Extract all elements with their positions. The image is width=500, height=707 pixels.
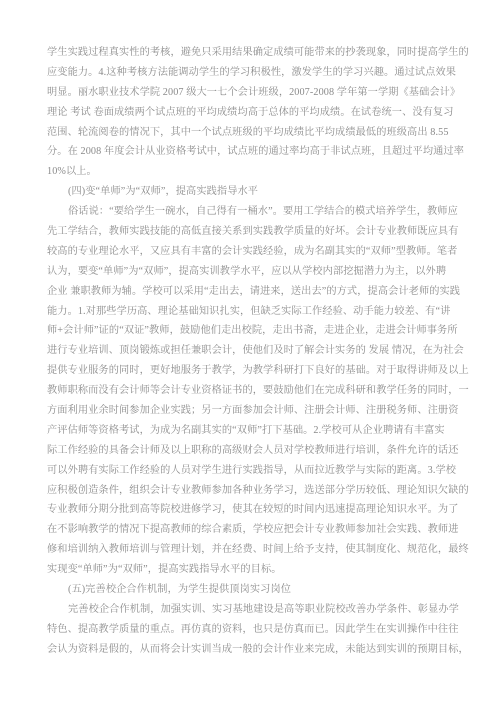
text-line: 在不影响教学的情况下提高教师的综合素质，学校应把会计专业教师参加社会实践、教师进 [47,520,459,540]
text-line: 范围、轮流阅卷的情况下，其中一个试点班级的平均成绩比平均成绩最低的班级高出 8.… [47,123,459,143]
text-line: 专业教师分期分批到高等院校进修学习，使其在较短的时间内迅速提高理论知识水平。为了 [47,500,459,520]
text-line: 较高的专业理论水平，又应具有丰富的会计实践经验，成为名副其实的“双师”型教师。笔… [47,242,459,262]
document-page: 学生实践过程真实性的考核，避免只采用结果确定成绩可能带来的抄袭现象，同时提高学生… [0,0,500,707]
text-line: 师+会计师”证的“双证”教师，鼓励他们走出校院，走出书斋，走进企业，走进会计师事… [47,321,459,341]
text-line: 明显。丽水职业技术学院 2007 级大一七个会计班级，2007-2008 学年第… [47,83,459,103]
document-text-block: 学生实践过程真实性的考核，避免只采用结果确定成绩可能带来的抄袭现象，同时提高学生… [47,43,459,660]
text-line: 能力。1.对那些学历高、理论基础知识扎实，但缺乏实际工作经验、动手能力较差、有“… [47,302,459,322]
text-line: (五)完善校企合作机制，为学生提供顶岗实习岗位 [47,580,459,600]
text-line: 完善校企合作机制，加强实训、实习基地建设是高等职业院校改善办学条件、彰显办学 [47,600,459,620]
text-line: 应变能力。4.这种考核方法能调动学生的学习积极性，激发学生的学习兴趣。通过试点效… [47,63,459,83]
text-line: 先工学结合，教师实践技能的高低直接关系到实践教学质量的好坏。会计专业教师既应具有 [47,222,459,242]
text-line: 修和培训纳入教师培训与管理计划，并在经费、时间上给予支持，使其制度化、规范化，最… [47,540,459,560]
text-line: 俗话说：“要给学生一碗水，自己得有一桶水”。要用工学结合的模式培养学生，教师应 [47,202,459,222]
text-line: 企业 兼职教师为辅。学校可以采用“走出去，请进来，送出去”的方式，提高会计老师的… [47,282,459,302]
text-line: 实现变“单师”为“双师”，提高实践指导水平的目标。 [47,560,459,580]
text-line: 际工作经验的具备会计师及以上职称的高级财会人员对学校教师进行培训，条件允许的话还 [47,441,459,461]
text-line: 认为，要变“单师”为“双师”，提高实训教学水平，应以从学校内部挖掘潜力为主，以外… [47,262,459,282]
text-line: 可以外聘有实际工作经验的人员对学生进行实践指导，从而拉近教学与实际的距离。3.学… [47,461,459,481]
text-line: 方面利用业余时间参加企业实践；另一方面参加会计师、注册会计师、注册税务师、注册资 [47,401,459,421]
text-line: 学生实践过程真实性的考核，避免只采用结果确定成绩可能带来的抄袭现象，同时提高学生… [47,43,459,63]
text-line: 产评估师等资格考试，为成为名副其实的“双师”打下基础。2.学校可从企业聘请有丰富… [47,421,459,441]
text-line: 分。在 2008 年度会计从业资格考试中，试点班的通过率均高于非试点班，且超过平… [47,142,459,162]
text-line: 10%以上。 [47,162,459,182]
text-line: 理论 考试 卷面成绩两个试点班的平均成绩均高于总体的平均成绩。在试卷统一、没有复… [47,103,459,123]
text-line: (四)变“单师”为“双师”，提高实践指导水平 [47,182,459,202]
text-line: 应积极创造条件，组织会计专业教师参加各种业务学习，选送部分学历较低、理论知识欠缺… [47,481,459,501]
text-line: 会认为资料是假的，从而将会计实训当成一般的会计作业来完成，未能达到实训的预期目标… [47,640,459,660]
text-line: 特色、提高教学质量的重点。再仿真的资料，也只是仿真而已。因此学生在实训操作中往往 [47,620,459,640]
text-line: 提供专业服务的同时，更好地服务于教学，为教学科研打下良好的基础。对于取得讲师及以… [47,361,459,381]
text-line: 进行专业培训、顶岗锻炼或担任兼职会计，使他们及时了解会计实务的 发展 情况，在为… [47,341,459,361]
text-line: 教师职称而没有会计师等会计专业资格证书的，要鼓励他们在完成科研和教学任务的同时，… [47,381,459,401]
